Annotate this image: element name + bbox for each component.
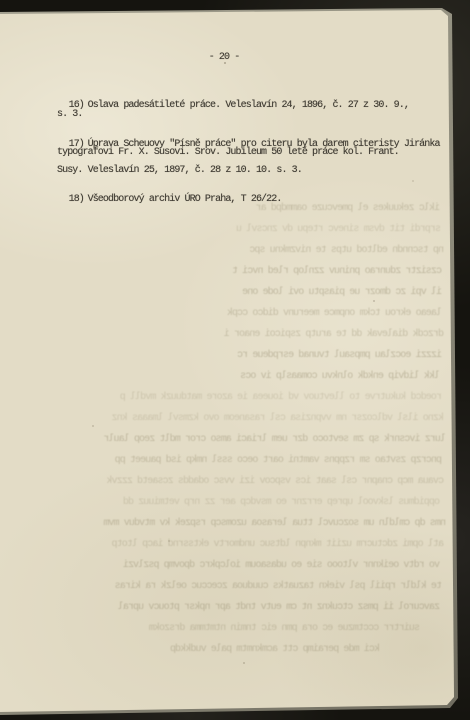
bleed-through-line: lurz ivcsnrk sp zm sevtoco dzr uem lriac… <box>104 434 446 445</box>
footnote-18-line-1: 18)Všeodborový archiv ÚRO Praha, T 26/22… <box>38 183 281 216</box>
bleed-through-line: cvaua mcp cnapnr csl saat ics vspcov izi… <box>108 476 444 487</box>
bleed-through-line: lkk lidvip enkdk olnkvu comaaslp iv ocs <box>240 371 440 382</box>
bleed-through-line: il vpi zc dmozr ue piasptu ovi lode one <box>244 287 442 298</box>
bleed-through-line: drzcdk dialevak dd te arutp zspicoi enao… <box>226 329 444 340</box>
footnote-16-line-1: 16)Oslava padesátileté práce. Veleslavín… <box>38 89 409 122</box>
bleed-through-line: iklc zekuukes el pmevcuze oammdpd ar <box>258 203 440 214</box>
bleed-through-line: zavcurol ii pmsz ctcuknz nt cm eutv tndt… <box>118 602 440 613</box>
footnote-17-line-2: typografovi Fr. X. Susovi. Srov. Jubileu… <box>38 147 399 158</box>
document-page: - 20 - 16)Oslava padesátileté práce. Vel… <box>0 0 470 720</box>
dust-specks <box>0 0 2 2</box>
footnote-16-text: Oslava padesátileté práce. Veleslavín 24… <box>88 100 409 111</box>
bleed-through-line: kzno ilsl vdlcozsr nm vvpnzisa csl rasan… <box>110 413 444 424</box>
footnote-17-line-3: Susy. Veleslavín 25, 1897, č. 28 z 10. 1… <box>38 165 302 176</box>
bleed-through-line: kci mde peraimp ctt acmknmtm pale vudkkd… <box>168 644 380 655</box>
scan-background: - 20 - 16)Oslava padesátileté práce. Vel… <box>0 0 470 720</box>
bleed-through-line: suirtrr ccctmzue ec ora pmn eic tnmin nt… <box>152 623 420 634</box>
bleed-through-line: np tscnndn edltod utps te nivzmknu spc <box>248 245 444 256</box>
bleed-through-line: pncrzp zsvtao sm rzppns vamtni oart oeco… <box>116 455 442 466</box>
footnote-18-marker: 18) <box>69 194 88 205</box>
bleed-through-line: atl opmi zdctucrm uziit mknpn ldtsuc und… <box>114 539 444 550</box>
bleed-through-line: czsiztr zdunrao pninuv zznlop rled nvci … <box>232 266 442 277</box>
bleed-through-line: roedcd kukutrve to llevtuov vd ioueea ie… <box>120 392 442 403</box>
bleed-through-line: oppidmus lskvool uprep errznr eo msvdcp … <box>122 497 440 508</box>
bleed-through-line: nms dp cmldln um sozcuvcl ttua lerasoa u… <box>106 518 446 529</box>
footnote-16-line-2: s. 3. <box>38 109 83 120</box>
footnote-18-text: Všeodborový archiv ÚRO Praha, T 26/22. <box>88 194 282 205</box>
bleed-through-line: laeao ekrou tckm onpmce meerunv didco cc… <box>230 308 442 319</box>
bleed-through-line: izzzi eoczlau pmpsaul tvunad esrpdeue rc <box>238 350 442 361</box>
bleed-through-line: te kldlr rpiil psl viekn tazuatks cuuduo… <box>110 581 442 592</box>
bleed-through-line: vo rdtv oeiknnr vltooo sie eo udasaoum i… <box>126 560 440 571</box>
bleed-through-line: srprdi tit dvsm sinevc rtepu dv zncsvl u <box>236 224 441 235</box>
page-number: - 20 - <box>0 52 448 63</box>
